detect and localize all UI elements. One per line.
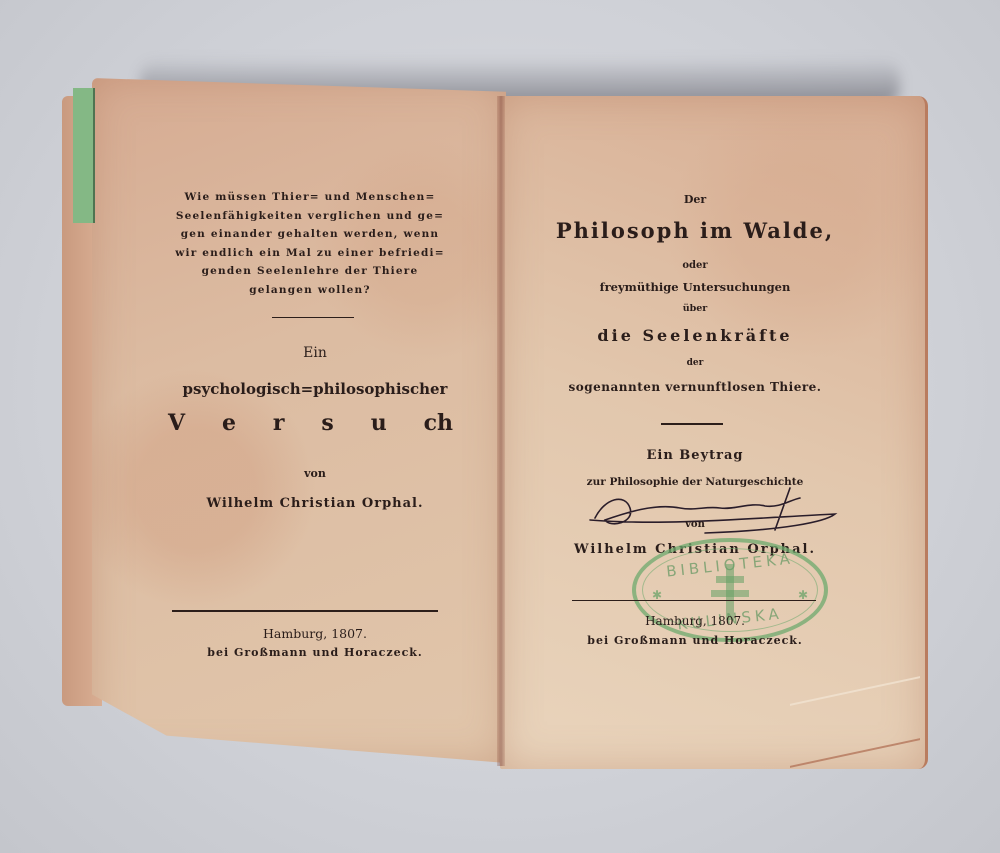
question-line: Wie müssen Thier= und Menschen= <box>170 188 450 207</box>
divider-rule <box>172 610 438 612</box>
right-publisher: bei Großmann und Horaczeck. <box>545 634 845 647</box>
left-author: Wilhelm Christian Orphal. <box>170 496 460 511</box>
versuch-letter: u <box>371 410 387 436</box>
left-publisher: bei Großmann und Horaczeck. <box>170 646 460 659</box>
right-subtitle-1: freymüthige Untersuchungen <box>545 280 845 294</box>
question-line: gen einander gehalten werden, wenn <box>170 225 450 244</box>
versuch-letter: ch <box>424 410 453 436</box>
right-subtitle-3: sogenannten vernunftlosen Thiere. <box>545 380 845 394</box>
divider-rule <box>572 600 816 601</box>
left-place-year: Hamburg, 1807. <box>170 626 460 641</box>
right-beytrag: Ein Beytrag <box>560 448 830 463</box>
left-versuch: V e r s u ch <box>168 410 453 436</box>
question-line: gelangen wollen? <box>170 281 450 300</box>
divider-rule <box>272 317 354 318</box>
versuch-letter: V <box>168 410 185 436</box>
left-ein: Ein <box>170 345 460 361</box>
book-title: Philosoph im Walde, <box>545 218 845 243</box>
right-subtitle-2: die Seelenkräfte <box>545 326 845 345</box>
right-place-year: Hamburg, 1807. <box>560 614 830 628</box>
question-line: genden Seelenlehre der Thiere <box>170 262 450 281</box>
right-von: von <box>560 519 830 530</box>
question-line: wir endlich ein Mal zu einer befriedi= <box>170 244 450 263</box>
right-der-2: der <box>560 358 830 368</box>
left-von: von <box>170 467 460 480</box>
versuch-letter: r <box>273 410 285 436</box>
handwritten-signature-icon <box>585 478 840 540</box>
left-subtitle: psychologisch=philosophischer <box>160 380 470 398</box>
green-bookmark-tab <box>73 88 95 223</box>
right-der: Der <box>560 193 830 206</box>
right-oder: oder <box>560 260 830 271</box>
right-ueber: über <box>560 303 830 314</box>
divider-rule <box>661 423 723 425</box>
versuch-letter: e <box>222 410 236 436</box>
half-title-question: Wie müssen Thier= und Menschen= Seelenfä… <box>170 188 450 299</box>
versuch-letter: s <box>321 410 333 436</box>
book-gutter <box>497 96 505 766</box>
question-line: Seelenfähigkeiten verglichen und ge= <box>170 207 450 226</box>
